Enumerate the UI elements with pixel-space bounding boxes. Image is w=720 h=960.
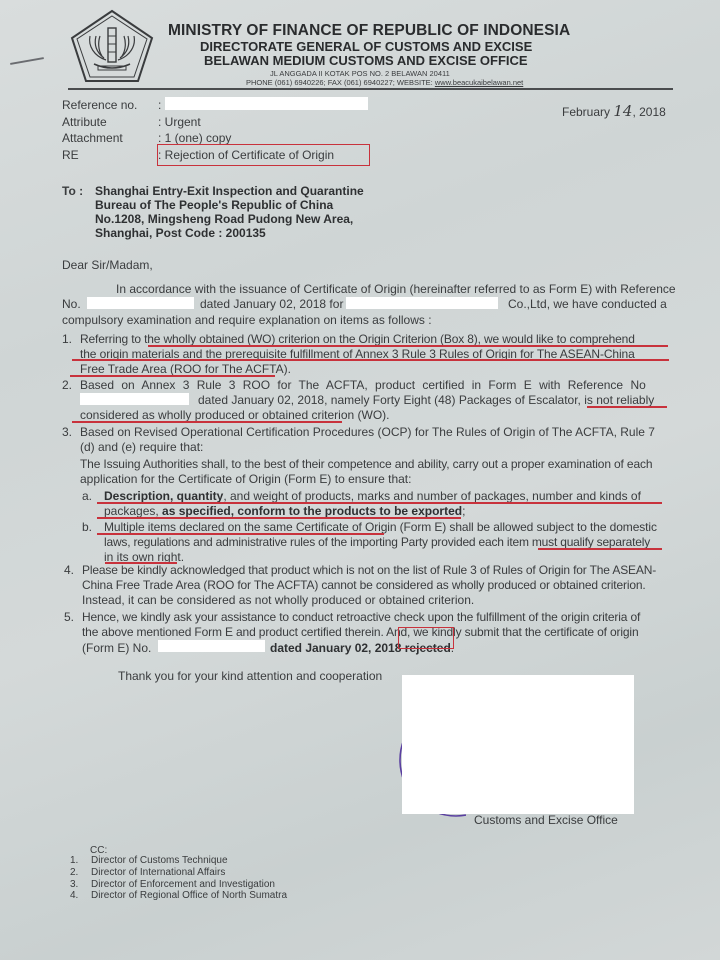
item-3a-letter: a. [82, 489, 92, 503]
intro-line-3: compulsory examination and require expla… [62, 313, 432, 327]
rejected-highlight-box [398, 627, 454, 649]
item-5-line-2: the above mentioned Form E and product c… [82, 625, 638, 639]
annotation-underline [538, 548, 662, 550]
item-4-number: 4. [64, 563, 74, 577]
recipient-line-2: Bureau of The People's Republic of China [95, 198, 333, 212]
cc-item-2-num: 2. [70, 867, 78, 878]
annotation-underline [97, 517, 461, 519]
office-contact: PHONE (061) 6940226; FAX (061) 6940227; … [246, 78, 523, 87]
intro-dated: dated January 02, 2018 for [200, 297, 343, 311]
item-5-line-1: Hence, we kindly ask your assistance to … [82, 610, 640, 624]
recipient-line-1: Shanghai Entry-Exit Inspection and Quara… [95, 184, 364, 198]
item-3a-line-1: Description, quantity, and weight of pro… [104, 489, 641, 503]
item-3a-line-2: packages, as specified, conform to the p… [104, 504, 465, 518]
closing-line: Thank you for your kind attention and co… [118, 669, 382, 683]
annotation-underline [148, 345, 668, 347]
letter-page: MINISTRY OF FINANCE OF REPUBLIC OF INDON… [0, 0, 720, 960]
re-highlight-box [157, 144, 370, 166]
letter-date: February 14, 2018 [562, 102, 666, 120]
cc-item-3: Director of Enforcement and Investigatio… [91, 879, 275, 890]
salutation: Dear Sir/Madam, [62, 258, 153, 272]
meta-label-re: RE [62, 148, 79, 162]
ministry-title: MINISTRY OF FINANCE OF REPUBLIC OF INDON… [168, 22, 570, 40]
redacted-form-e-no [87, 297, 194, 309]
redacted-form-e-no-2 [158, 640, 265, 652]
annotation-underline [72, 421, 342, 423]
item-3-number: 3. [62, 425, 72, 439]
annotation-underline [97, 533, 384, 535]
item-3-line-4: application for the Certificate of Origi… [80, 472, 411, 486]
meta-value-attribute: : Urgent [158, 115, 201, 129]
redacted-reference-no-2 [80, 393, 189, 405]
cc-item-1: Director of Customs Technique [91, 855, 228, 866]
office-title: BELAWAN MEDIUM CUSTOMS AND EXCISE OFFICE [204, 53, 528, 68]
cc-item-2: Director of International Affairs [91, 867, 225, 878]
redacted-signature [402, 675, 634, 814]
item-4-line-1: Please be kindly acknowledged that produ… [82, 563, 656, 577]
redacted-company-name [346, 297, 498, 309]
handwritten-day: 14 [613, 102, 632, 120]
pen-mark [10, 57, 44, 65]
cc-item-1-num: 1. [70, 855, 78, 866]
cc-item-3-num: 3. [70, 879, 78, 890]
annotation-underline [587, 406, 667, 408]
meta-label-attachment: Attachment [62, 131, 123, 145]
recipient-line-4: Shanghai, Post Code : 200135 [95, 226, 266, 240]
recipient-line-3: No.1208, Mingsheng Road Pudong New Area, [95, 212, 353, 226]
item-5-form-no-label: (Form E) No. [82, 641, 151, 655]
item-1-line-3: Free Trade Area (ROO for The ACFTA). [80, 362, 291, 376]
item-3-line-3: The Issuing Authorities shall, to the be… [80, 457, 652, 471]
item-3-line-1: Based on Revised Operational Certificati… [80, 425, 655, 439]
ministry-emblem-icon [68, 8, 156, 84]
item-3b-line-2: laws, regulations and administrative rul… [104, 535, 650, 549]
item-1-number: 1. [62, 332, 72, 346]
item-3-line-2: (d) and (e) require that: [80, 440, 203, 454]
signature-office: Customs and Excise Office [474, 813, 618, 827]
item-3b-letter: b. [82, 520, 92, 534]
meta-value-reference: : [158, 98, 161, 112]
office-address: JL ANGGADA II KOTAK POS NO. 2 BELAWAN 20… [270, 69, 450, 78]
item-2-line-3: considered as wholly produced or obtaine… [80, 408, 389, 422]
item-4-line-2: China Free Trade Area (ROO for The ACFTA… [82, 578, 646, 592]
annotation-underline [72, 359, 669, 361]
annotation-underline [70, 375, 275, 377]
item-3b-line-1: Multiple items declared on the same Cert… [104, 520, 657, 534]
item-2-line-1: Based on Annex 3 Rule 3 ROO for The ACFT… [80, 378, 646, 392]
cc-item-4-num: 4. [70, 890, 78, 901]
item-5-number: 5. [64, 610, 74, 624]
meta-label-attribute: Attribute [62, 115, 107, 129]
meta-label-reference: Reference no. [62, 98, 137, 112]
annotation-underline [97, 502, 662, 504]
intro-company-suffix: Co.,Ltd, we have conducted a [508, 297, 667, 311]
to-label: To : [62, 184, 83, 198]
intro-no-label: No. [62, 297, 81, 311]
directorate-title: DIRECTORATE GENERAL OF CUSTOMS AND EXCIS… [200, 39, 532, 54]
header-rule [68, 88, 673, 90]
item-2-line-2: dated January 02, 2018, namely Forty Eig… [198, 393, 654, 407]
item-1-line-1: Referring to the wholly obtained (WO) cr… [80, 332, 635, 346]
website-link[interactable]: www.beacukaibelawan.net [435, 78, 523, 87]
redacted-reference-no [165, 97, 368, 110]
item-4-line-3: Instead, it can be considered as not who… [82, 593, 474, 607]
cc-item-4: Director of Regional Office of North Sum… [91, 890, 287, 901]
meta-value-attachment: : 1 (one) copy [158, 131, 231, 145]
intro-line-1: In accordance with the issuance of Certi… [116, 282, 676, 296]
item-2-number: 2. [62, 378, 72, 392]
